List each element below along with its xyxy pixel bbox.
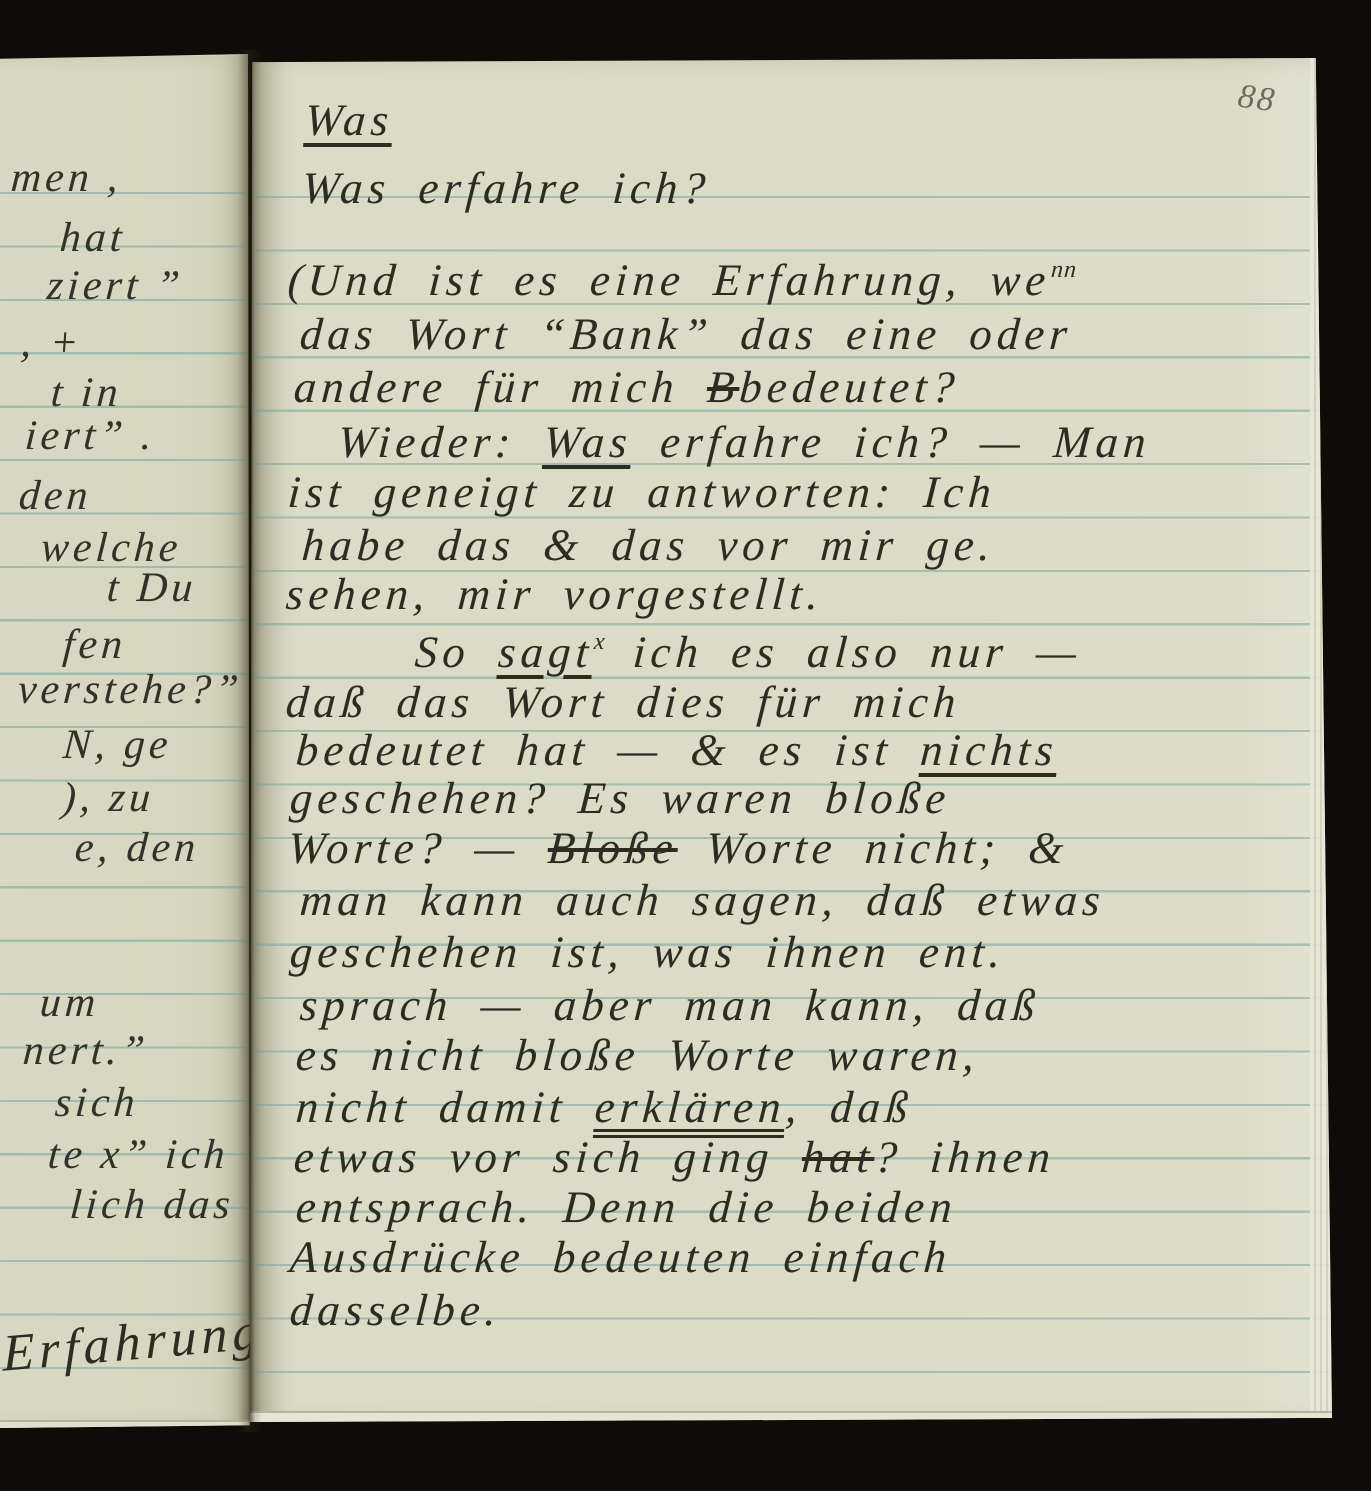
left-page-fragment: fen [61,621,128,669]
handwriting-line: ist geneigt zu antworten: Ich [286,466,998,518]
handwriting-line: geschehen ist, was ihnen ent. [288,926,1007,978]
handwriting-line: Worte? — Bloße Worte nicht; & [286,822,1070,874]
handwriting-segment: sehen, mir vorgestellt. [284,569,825,619]
left-page-fragment: den [18,472,94,520]
left-page-fragment: e, den [73,824,201,872]
handwriting-line: Ausdrücke bedeuten einfach [288,1231,953,1283]
handwriting-segment: bedeutet? [738,362,961,412]
left-page-footer-word: Erfahrung? [2,1299,250,1384]
left-page-fragment: iert” . [24,412,158,460]
handwriting-line: das Wort “Bank” das eine oder [298,308,1074,360]
handwriting-segment: geschehen? Es waren bloße [288,773,952,823]
handwriting-segment: (Und ist es eine Erfahrung, we [286,255,1052,305]
left-page-fragment: t Du [105,564,198,612]
handwriting-segment: Was erfahre ich? [300,163,712,213]
left-page-fragment: te x” ich [47,1131,231,1179]
manuscript-photo: men ,hatziert ”, +t iniert” .denwelchet … [0,0,1371,1491]
handwriting-segment: Worte? — [286,823,549,873]
handwriting-line: es nicht bloße Worte waren, [294,1029,981,1081]
left-page-fragment: verstehe?” [16,666,244,714]
handwriting-line: sprach — aber man kann, daß [298,979,1042,1031]
handwriting-segment: So [413,627,500,677]
handwriting-segment: nn [1050,257,1078,283]
struck-word: B [705,362,741,412]
struck-word: Bloße [546,823,679,873]
handwriting-line: (Und ist es eine Erfahrung, wenn [286,254,1078,306]
underlined-word: Was [303,95,395,145]
handwriting-line: etwas vor sich ging hat? ihnen [292,1131,1057,1183]
handwriting-line: bedeutet hat — & es ist nichts [294,724,1060,776]
handwriting-segment: etwas vor sich ging [292,1132,803,1182]
stacked-page-edges [1310,58,1332,1422]
handwriting-segment: erfahre ich? — Man [630,417,1152,467]
handwriting-line: dasselbe. [288,1284,503,1336]
left-page-fragment: ), zu [60,774,156,822]
right-page: 88 WasWas erfahre ich?(Und ist es eine E… [250,58,1332,1422]
left-page-fragment: men , [9,154,123,202]
underlined-word: Was [542,417,634,467]
left-page-fragment: hat [59,214,128,262]
handwriting-line: Was [303,94,395,146]
handwriting-segment: ich es also nur — [603,627,1083,677]
handwriting-line: geschehen? Es waren bloße [288,772,952,824]
left-page-fragment: , + [19,319,84,367]
handwriting-line: andere für mich Bbedeutet? [292,361,961,413]
handwriting-segment: man kann auch sagen, daß etwas [298,875,1106,925]
handwriting-segment: Wieder: [336,417,545,467]
handwriting-segment: Ausdrücke bedeuten einfach [288,1232,953,1282]
handwriting-line: man kann auch sagen, daß etwas [298,874,1107,926]
left-page-fragment: t in [49,369,123,417]
struck-word: hat [800,1132,876,1182]
underlined-word: nichts [919,725,1060,775]
handwriting-line: sehen, mir vorgestellt. [284,568,825,620]
handwriting-line: entsprach. Denn die beiden [294,1181,959,1233]
left-page: men ,hatziert ”, +t iniert” .denwelchet … [0,54,250,1428]
handwriting-segment: habe das & das vor mir ge. [300,520,997,570]
left-page-fragment: N, ge [62,721,174,769]
left-page-fragment: um [38,979,101,1027]
left-page-fragment: ziert ” [46,262,186,310]
handwriting-segment: Worte nicht; & [676,823,1070,873]
handwriting-line: nicht damit erklären, daß [294,1081,914,1133]
handwriting-line: So sagtx ich es also nur — [413,626,1083,678]
left-page-fragment: nert.” [22,1027,151,1075]
handwriting-segment: dasselbe. [288,1285,503,1335]
handwriting-segment: entsprach. Denn die beiden [294,1182,958,1232]
page-number: 88 [1236,78,1279,121]
handwriting-segment: bedeutet hat — & es ist [294,725,922,775]
handwriting-segment: , daß [784,1082,914,1132]
left-page-bottom-edge [0,1420,250,1428]
handwriting-segment: das Wort “Bank” das eine oder [298,309,1074,359]
handwriting-segment: sprach — aber man kann, daß [298,980,1041,1030]
handwriting-line: Wieder: Was erfahre ich? — Man [336,416,1152,468]
left-page-fragment: lich das [68,1181,235,1229]
handwriting-segment: x [593,629,606,655]
handwriting-segment: andere für mich [292,362,709,412]
handwriting-segment: geschehen ist, was ihnen ent. [288,927,1007,977]
handwriting-line: daß das Wort dies für mich [284,676,962,728]
handwriting-line: Was erfahre ich? [300,162,712,214]
handwriting-segment: daß das Wort dies für mich [284,677,962,727]
underlined-word: sagt [497,627,596,677]
handwriting-line: habe das & das vor mir ge. [300,519,997,571]
handwriting-segment: nicht damit [294,1082,596,1132]
left-page-fragment: sich [54,1079,141,1127]
handwriting-segment: ? ihnen [873,1132,1057,1182]
handwriting-segment: es nicht bloße Worte waren, [294,1030,981,1080]
underlined-word: erklären [593,1082,788,1138]
right-page-bottom-edge [250,1411,1332,1422]
handwriting-segment: ist geneigt zu antworten: Ich [286,467,997,517]
